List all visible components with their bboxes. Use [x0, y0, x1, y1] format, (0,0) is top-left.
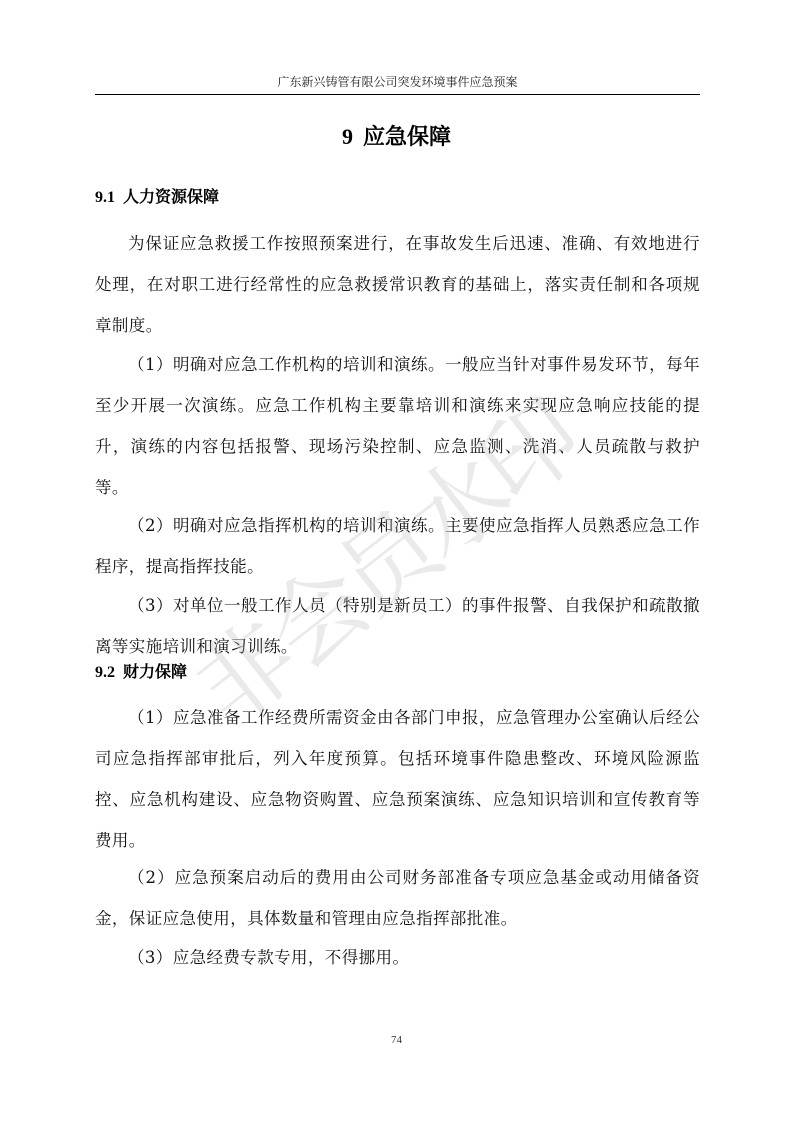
paragraph: （1）明确对应急工作机构的培训和演练。一般应当针对事件易发环节，每年至少开展一次… — [95, 344, 700, 508]
paragraph: （1）应急准备工作经费所需资金由各部门申报，应急管理办公室确认后经公司应急指挥部… — [95, 697, 700, 861]
chapter-title-text: 应急保障 — [363, 125, 451, 150]
paragraph: 为保证应急救援工作按照预案进行，在事故发生后迅速、准确、有效地进行处理，在对职工… — [95, 223, 700, 346]
section-heading-9-2: 9.2财力保障 — [95, 660, 187, 685]
section-title: 人力资源保障 — [123, 187, 219, 206]
section-title: 财力保障 — [123, 662, 187, 681]
page-header: 广东新兴铸管有限公司突发环境事件应急预案 — [95, 74, 700, 95]
paragraph: （2）应急预案启动后的费用由公司财务部准备专项应急基金或动用储备资金，保证应急使… — [95, 857, 700, 939]
section-number: 9.1 — [95, 189, 115, 206]
section-heading-9-1: 9.1人力资源保障 — [95, 185, 219, 210]
section-number: 9.2 — [95, 664, 115, 681]
chapter-title: 9应急保障 — [0, 120, 793, 155]
paragraph: （3）对单位一般工作人员（特别是新员工）的事件报警、自我保护和疏散撤离等实施培训… — [95, 585, 700, 667]
paragraph: （3）应急经费专款专用，不得挪用。 — [95, 937, 700, 978]
chapter-number: 9 — [342, 124, 353, 149]
paragraph: （2）明确对应急指挥机构的培训和演练。主要使应急指挥人员熟悉应急工作程序，提高指… — [95, 505, 700, 587]
document-title: 广东新兴铸管有限公司突发环境事件应急预案 — [277, 75, 517, 89]
page-number: 74 — [0, 1034, 793, 1046]
